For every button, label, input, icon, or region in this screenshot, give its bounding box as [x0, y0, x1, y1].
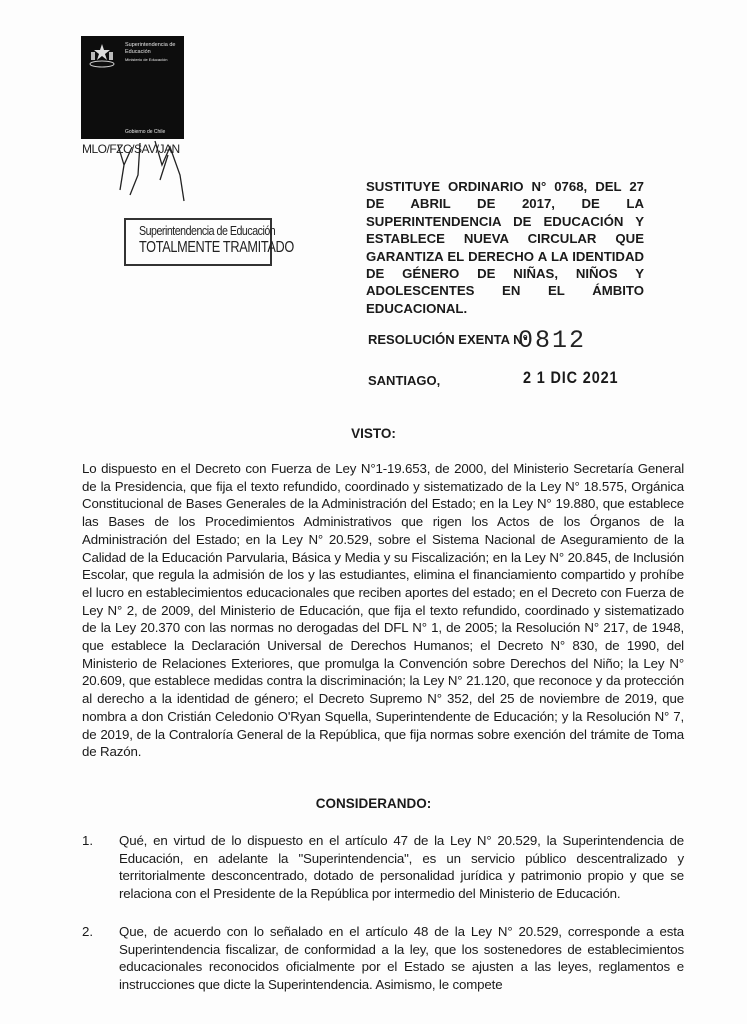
- stamp-status: TOTALMENTE TRAMITADO: [139, 239, 257, 257]
- resolution-date: 2 1 DIC 2021: [523, 368, 618, 388]
- item-text: Qué, en virtud de lo dispuesto en el art…: [119, 832, 684, 903]
- visto-paragraph: Lo dispuesto en el Decreto con Fuerza de…: [82, 460, 684, 761]
- chile-coat-of-arms-icon: [87, 42, 117, 70]
- ministry-name: Ministerio de Educación: [125, 57, 181, 62]
- stamp-org: Superintendencia de Educación: [139, 223, 257, 238]
- document-page: Superintendencia de Educación Ministerio…: [0, 0, 747, 1024]
- resolution-label: RESOLUCIÓN EXENTA N°: [368, 332, 528, 347]
- processed-stamp: Superintendencia de Educación TOTALMENTE…: [124, 218, 272, 266]
- signature-icon: [110, 135, 200, 205]
- item-number: 2.: [82, 923, 93, 941]
- considerando-heading: CONSIDERANDO:: [0, 796, 747, 811]
- document-title: SUSTITUYE ORDINARIO N° 0768, DEL 27 DE A…: [366, 178, 644, 317]
- resolution-number: 0812: [518, 326, 586, 355]
- visto-heading: VISTO:: [0, 426, 747, 441]
- item-text: Que, de acuerdo con lo señalado en el ar…: [119, 923, 684, 994]
- org-name: Superintendencia de Educación: [125, 42, 181, 55]
- letterhead-logo: Superintendencia de Educación Ministerio…: [81, 36, 184, 139]
- item-number: 1.: [82, 832, 93, 850]
- city-label: SANTIAGO,: [368, 373, 440, 388]
